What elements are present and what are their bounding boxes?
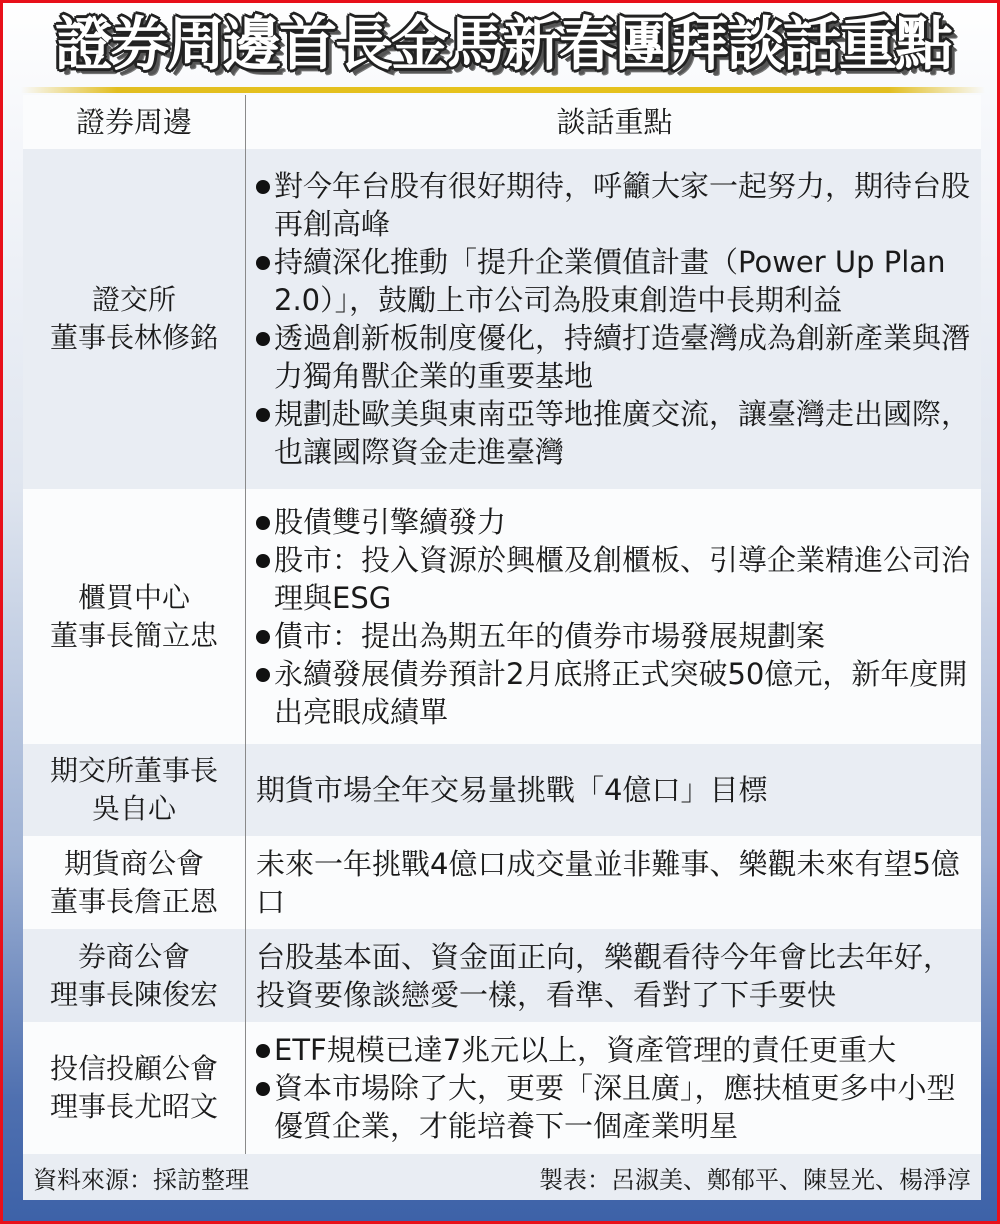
table-credits: 製表：呂淑美、鄭郁平、陳昱光、楊淨淳 <box>539 1160 971 1195</box>
organization-cell: 櫃買中心 董事長簡立忠 <box>23 489 246 744</box>
bullet-icon <box>256 554 270 568</box>
official-title: 吳自心 <box>92 790 176 828</box>
organization-cell: 期交所董事長 吳自心 <box>23 744 246 836</box>
bullet-icon <box>256 332 270 346</box>
infographic-frame: 證券周邊首長金馬新春團拜談話重點 證券周邊 談話重點 證交所 董事長林修銘 對今… <box>0 0 1000 1224</box>
list-item: 股債雙引擎續發力 <box>256 503 973 541</box>
official-title: 董事長林修銘 <box>50 319 218 357</box>
organization-cell: 投信投顧公會 理事長尤昭文 <box>23 1022 246 1154</box>
official-title: 董事長詹正恩 <box>50 883 218 921</box>
list-item: 規劃赴歐美與東南亞等地推廣交流，讓臺灣走出國際，也讓國際資金走進臺灣 <box>256 395 973 471</box>
infographic-title: 證券周邊首長金馬新春團拜談話重點 <box>3 5 1000 83</box>
list-item: 持續深化推動「提升企業價值計畫（Power Up Plan 2.0）」，鼓勵上市… <box>256 243 973 319</box>
table-row: 券商公會 理事長陳俊宏 台股基本面、資金面正向，樂觀看待今年會比去年好，投資要像… <box>23 929 981 1022</box>
bullet-icon <box>256 1082 270 1096</box>
organization-name: 櫃買中心 <box>78 579 190 617</box>
organization-cell: 期貨商公會 董事長詹正恩 <box>23 836 246 929</box>
key-points-cell: 對今年台股有很好期待，呼籲大家一起努力，期待台股再創高峰 持續深化推動「提升企業… <box>246 149 981 489</box>
header-key-points: 談話重點 <box>246 95 981 149</box>
bullet-icon <box>256 516 270 530</box>
bullet-icon <box>256 256 270 270</box>
table-row: 期交所董事長 吳自心 期貨市場全年交易量挑戰「4億口」目標 <box>23 744 981 836</box>
table-header-row: 證券周邊 談話重點 <box>23 95 981 149</box>
organization-name: 期交所董事長 <box>50 752 218 790</box>
key-points-cell: 未來一年挑戰4億口成交量並非難事、樂觀未來有望5億口 <box>246 836 981 929</box>
key-point-text: 期貨市場全年交易量挑戰「4億口」目標 <box>256 771 973 809</box>
table-row: 投信投顧公會 理事長尤昭文 ETF規模已達7兆元以上，資產管理的責任更重大 資本… <box>23 1022 981 1154</box>
organization-cell: 證交所 董事長林修銘 <box>23 149 246 489</box>
bullet-icon <box>256 630 270 644</box>
list-item: 債市：提出為期五年的債券市場發展規劃案 <box>256 617 973 655</box>
list-item: 對今年台股有很好期待，呼籲大家一起努力，期待台股再創高峰 <box>256 167 973 243</box>
list-item: 資本市場除了大，更要「深且廣」，應扶植更多中小型優質企業，才能培養下一個產業明星 <box>256 1069 973 1145</box>
organization-name: 期貨商公會 <box>64 845 204 883</box>
list-item: ETF規模已達7兆元以上，資產管理的責任更重大 <box>256 1031 973 1069</box>
key-points-cell: 台股基本面、資金面正向，樂觀看待今年會比去年好，投資要像談戀愛一樣，看準、看對了… <box>246 929 981 1022</box>
key-point-text: 未來一年挑戰4億口成交量並非難事、樂觀未來有望5億口 <box>256 845 973 921</box>
organization-name: 證交所 <box>92 281 176 319</box>
header-organization: 證券周邊 <box>23 95 246 149</box>
table-row: 期貨商公會 董事長詹正恩 未來一年挑戰4億口成交量並非難事、樂觀未來有望5億口 <box>23 836 981 929</box>
organization-name: 投信投顧公會 <box>50 1050 218 1088</box>
key-point-text: 台股基本面、資金面正向，樂觀看待今年會比去年好，投資要像談戀愛一樣，看準、看對了… <box>256 938 973 1014</box>
organization-name: 券商公會 <box>78 938 190 976</box>
bullet-icon <box>256 408 270 422</box>
key-points-cell: 期貨市場全年交易量挑戰「4億口」目標 <box>246 744 981 836</box>
key-points-cell: 股債雙引擎續發力 股市：投入資源於興櫃及創櫃板、引導企業精進公司治理與ESG 債… <box>246 489 981 744</box>
talking-points-table: 證券周邊 談話重點 證交所 董事長林修銘 對今年台股有很好期待，呼籲大家一起努力… <box>23 95 981 1200</box>
table-row: 櫃買中心 董事長簡立忠 股債雙引擎續發力 股市：投入資源於興櫃及創櫃板、引導企業… <box>23 489 981 744</box>
organization-cell: 券商公會 理事長陳俊宏 <box>23 929 246 1022</box>
official-title: 理事長尤昭文 <box>50 1088 218 1126</box>
bullet-icon <box>256 180 270 194</box>
table-row: 證交所 董事長林修銘 對今年台股有很好期待，呼籲大家一起努力，期待台股再創高峰 … <box>23 149 981 489</box>
data-source: 資料來源：採訪整理 <box>33 1160 249 1195</box>
bullet-icon <box>256 668 270 682</box>
list-item: 股市：投入資源於興櫃及創櫃板、引導企業精進公司治理與ESG <box>256 541 973 617</box>
table-footer: 資料來源：採訪整理 製表：呂淑美、鄭郁平、陳昱光、楊淨淳 <box>23 1154 981 1200</box>
key-points-cell: ETF規模已達7兆元以上，資產管理的責任更重大 資本市場除了大，更要「深且廣」，… <box>246 1022 981 1154</box>
official-title: 董事長簡立忠 <box>50 617 218 655</box>
title-divider <box>21 87 985 93</box>
list-item: 永續發展債券預計2月底將正式突破50億元，新年度開出亮眼成績單 <box>256 655 973 731</box>
list-item: 透過創新板制度優化，持續打造臺灣成為創新產業與潛力獨角獸企業的重要基地 <box>256 319 973 395</box>
official-title: 理事長陳俊宏 <box>50 976 218 1014</box>
bullet-icon <box>256 1044 270 1058</box>
